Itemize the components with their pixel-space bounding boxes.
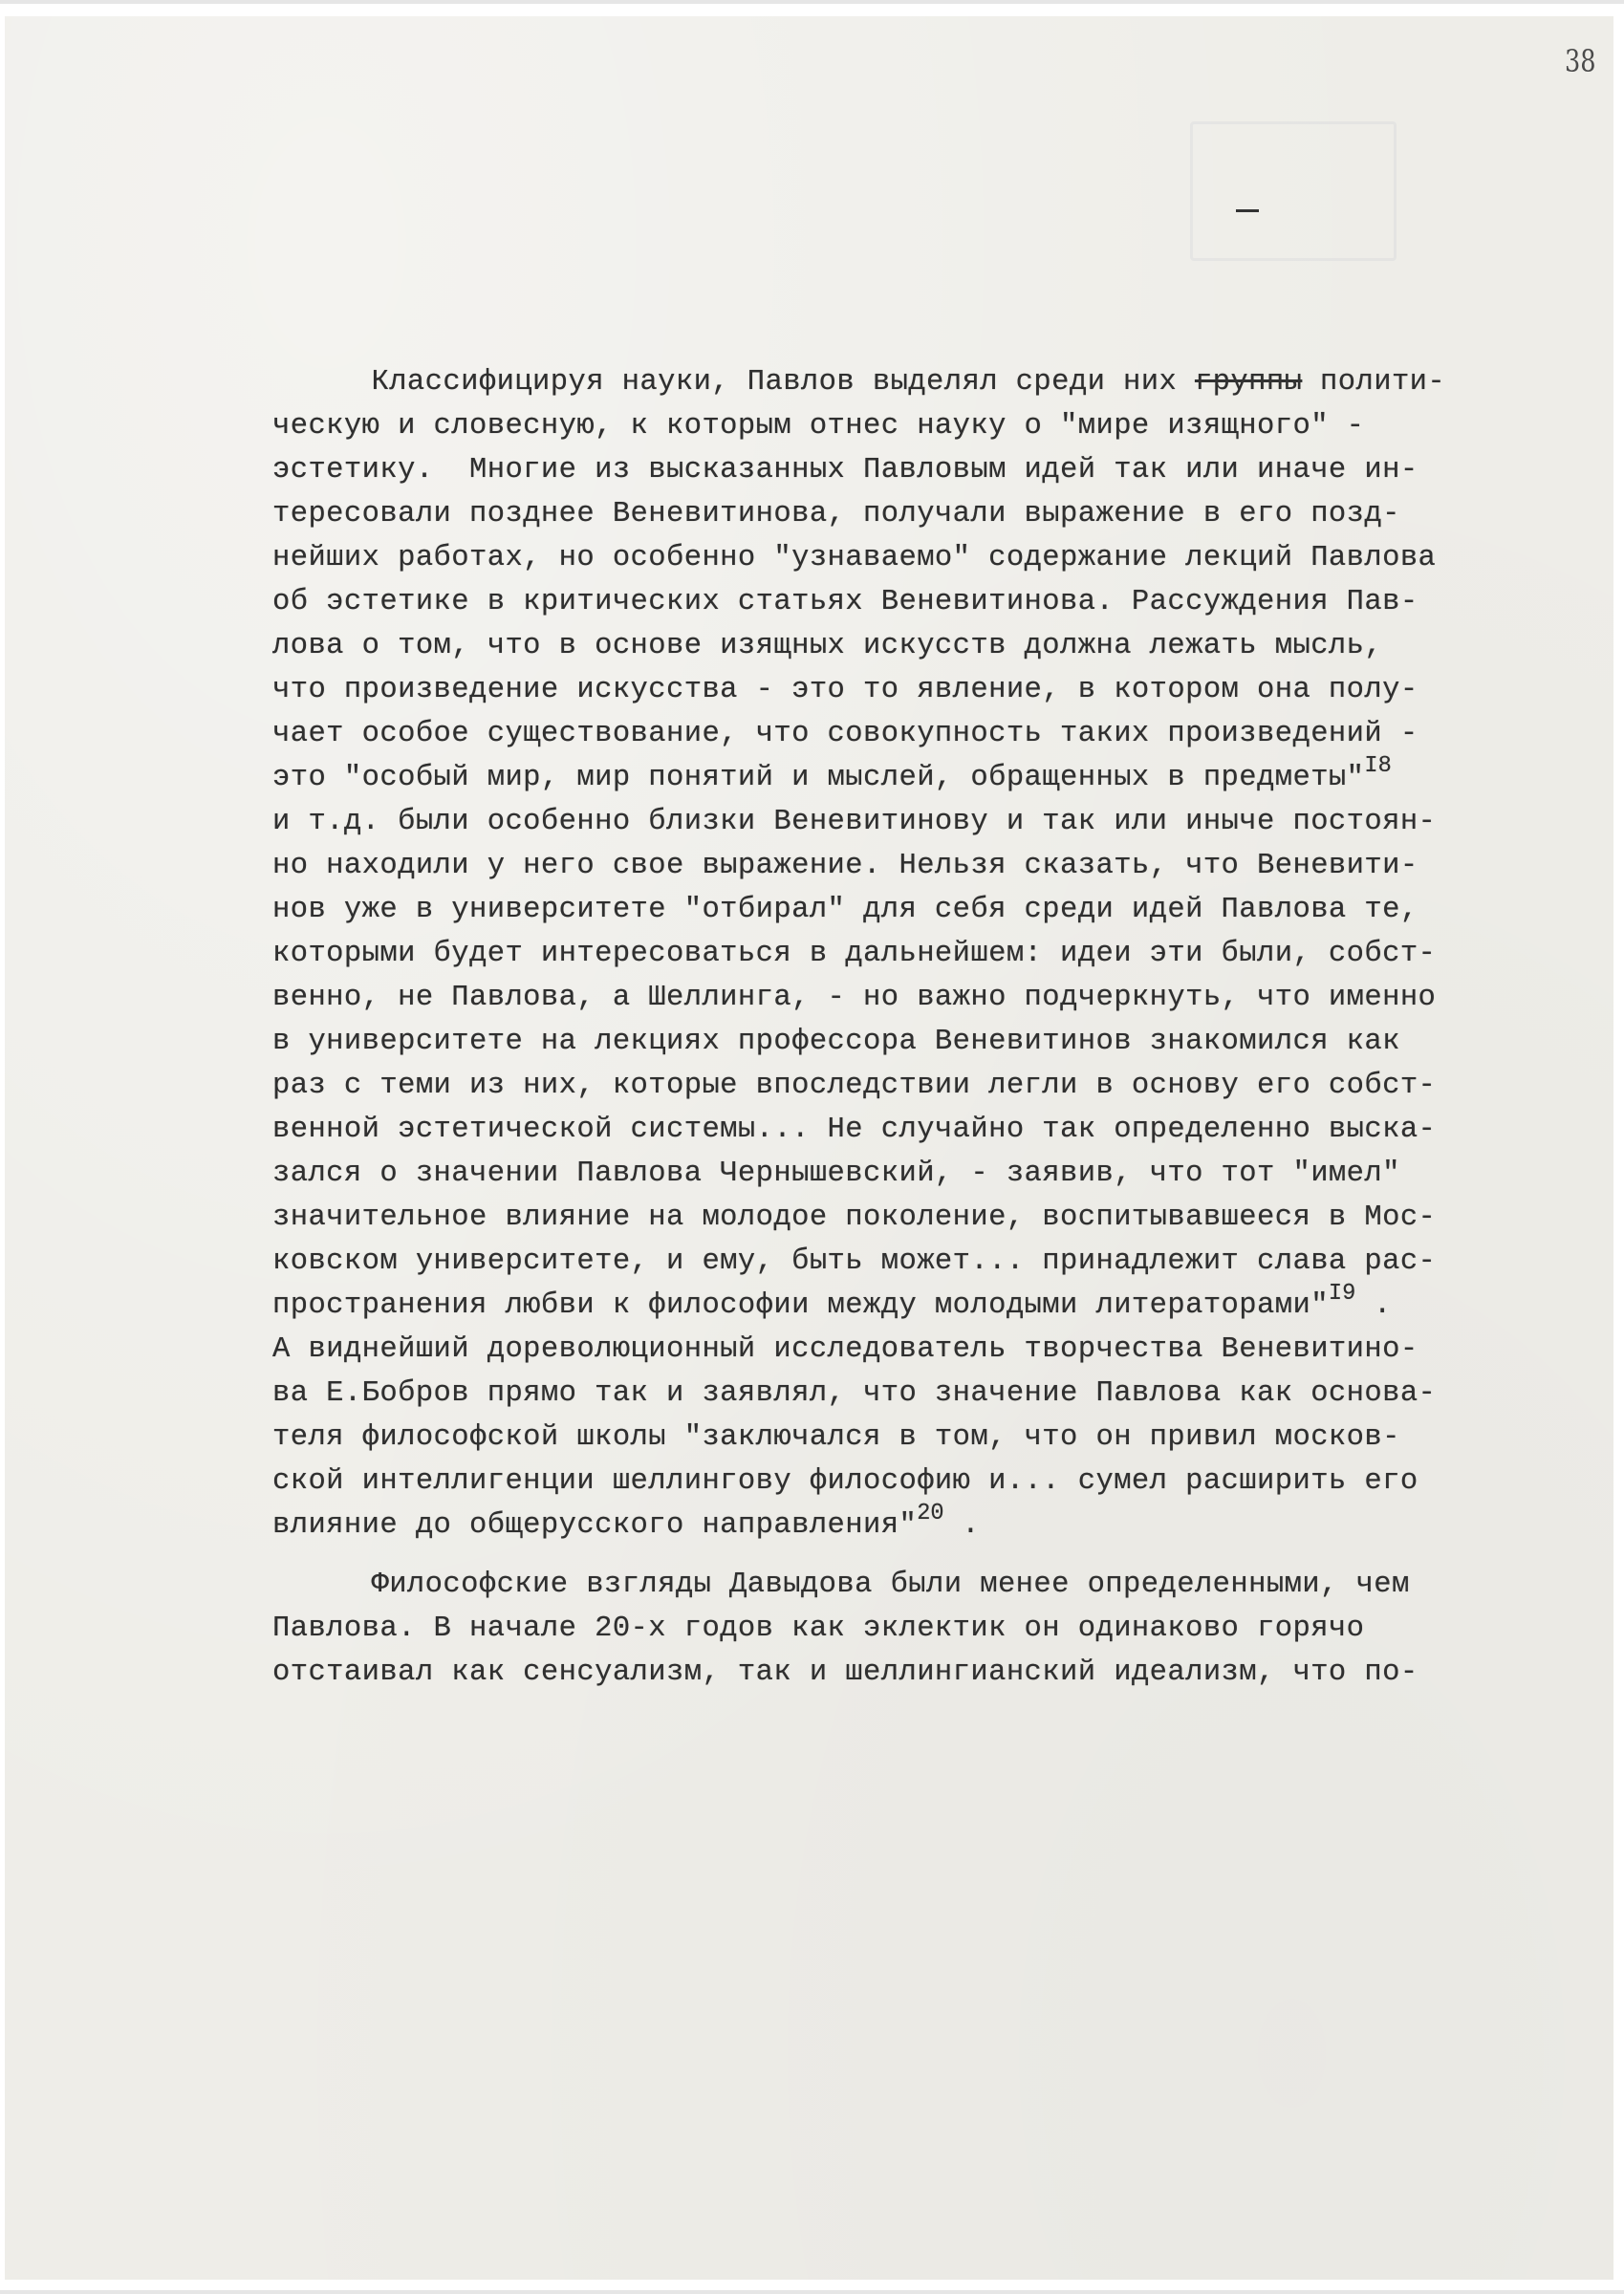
struck-out-word: группы [1195, 365, 1302, 399]
text-line: это "особый мир, мир понятий и мыслей, о… [272, 756, 1572, 800]
text-line: венной эстетической системы... Не случай… [272, 1108, 1572, 1152]
line-text: которыми будет интересоваться в дальнейш… [272, 937, 1436, 970]
line-text: чает особое существование, что совокупно… [272, 717, 1418, 750]
text-line: что произведение искусства - это то явле… [272, 668, 1572, 712]
text-line: влияние до общерусского направления"20 . [272, 1504, 1572, 1547]
text-line: Павлова. В начале 20-х годов как эклекти… [272, 1607, 1572, 1651]
line-text: тересовали позднее Веневитинова, получал… [272, 497, 1400, 530]
body-text: Классифицируя науки, Павлов выделял сред… [272, 228, 1592, 1695]
text-line: нейших работах, но особенно "узнаваемо" … [272, 536, 1572, 580]
footnote-reference: 20 [917, 1501, 943, 1526]
scan-border-top [0, 0, 1624, 4]
scan-border-bottom [0, 2290, 1624, 2294]
scan-frame: 38 Классифицируя науки, Павлов выделял с… [0, 0, 1624, 2294]
line-text: но находили у него свое выражение. Нельз… [272, 849, 1418, 882]
line-text: значительное влияние на молодое поколени… [272, 1201, 1436, 1234]
text-line: чает особое существование, что совокупно… [272, 712, 1572, 756]
text-line: зался о значении Павлова Чернышевский, -… [272, 1152, 1572, 1196]
handwritten-page-number: 38 [1565, 43, 1596, 79]
text-line: об эстетике в критических статьях Веневи… [272, 580, 1572, 624]
line-text: и т.д. были особенно близки Веневитинову… [272, 805, 1436, 838]
text-line: отстаивал как сенсуализм, так и шеллинги… [272, 1651, 1572, 1695]
text-line: венно, не Павлова, а Шеллинга, - но важн… [272, 976, 1572, 1020]
text-line: Философские взгляды Давыдова были менее … [272, 1563, 1572, 1607]
line-text: венно, не Павлова, а Шеллинга, - но важн… [272, 981, 1436, 1014]
text-line: Классифицируя науки, Павлов выделял сред… [272, 360, 1572, 404]
line-text: лова о том, что в основе изящных искусст… [272, 629, 1382, 662]
paragraph-gap [272, 1547, 1592, 1563]
line-text-tail: . [944, 1508, 980, 1542]
line-text: Павлова. В начале 20-х годов как эклекти… [272, 1612, 1364, 1645]
line-text: эстетику. Многие из высказанных Павловым… [272, 453, 1418, 487]
text-line: нов уже в университете "отбирал" для себ… [272, 888, 1572, 932]
line-text: теля философской школы "заключался в том… [272, 1420, 1400, 1454]
text-line: ковском университете, и ему, быть может.… [272, 1240, 1572, 1284]
line-text: А виднейший дореволюционный исследовател… [272, 1332, 1418, 1366]
line-text-tail: . [1355, 1288, 1391, 1322]
text-line: теля философской школы "заключался в том… [272, 1416, 1572, 1460]
line-text: ва Е.Бобров прямо так и заявлял, что зна… [272, 1376, 1436, 1410]
text-line: лова о том, что в основе изящных искусст… [272, 624, 1572, 668]
line-text: нейших работах, но особенно "узнаваемо" … [272, 541, 1436, 574]
footnote-reference: I9 [1329, 1281, 1355, 1307]
footnote-reference: I8 [1364, 753, 1391, 779]
line-text: нов уже в университете "отбирал" для себ… [272, 893, 1418, 926]
correction-mark [1236, 209, 1259, 212]
line-text: что произведение искусства - это то явле… [272, 673, 1418, 706]
text-line: пространения любви к философии между мол… [272, 1284, 1572, 1328]
line-text: ской интеллигенции шеллингову философию … [272, 1464, 1418, 1498]
text-line: которыми будет интересоваться в дальнейш… [272, 932, 1572, 976]
typewritten-page: 38 Классифицируя науки, Павлов выделял с… [5, 16, 1613, 2280]
line-text: в университете на лекциях профессора Вен… [272, 1025, 1400, 1058]
line-text: ческую и словесную, к которым отнес наук… [272, 409, 1364, 443]
text-line: в университете на лекциях профессора Вен… [272, 1020, 1572, 1064]
line-text: венной эстетической системы... Не случай… [272, 1113, 1436, 1146]
line-text: пространения любви к философии между мол… [272, 1288, 1329, 1322]
line-text: Философские взгляды Давыдова были менее … [371, 1568, 1409, 1601]
text-line: ческую и словесную, к которым отнес наук… [272, 404, 1572, 448]
text-line: раз с теми из них, которые впоследствии … [272, 1064, 1572, 1108]
text-line: эстетику. Многие из высказанных Павловым… [272, 448, 1572, 492]
line-text: раз с теми из них, которые впоследствии … [272, 1069, 1436, 1102]
text-line: значительное влияние на молодое поколени… [272, 1196, 1572, 1240]
text-line: и т.д. были особенно близки Веневитинову… [272, 800, 1572, 844]
text-line: А виднейший дореволюционный исследовател… [272, 1328, 1572, 1372]
line-text: об эстетике в критических статьях Веневи… [272, 585, 1418, 618]
text-line: но находили у него свое выражение. Нельз… [272, 844, 1572, 888]
line-text: Классифицируя науки, Павлов выделял сред… [371, 365, 1194, 399]
text-line: тересовали позднее Веневитинова, получал… [272, 492, 1572, 536]
text-line: ва Е.Бобров прямо так и заявлял, что зна… [272, 1372, 1572, 1416]
line-text: это "особый мир, мир понятий и мыслей, о… [272, 761, 1364, 794]
line-text-tail: полити- [1302, 365, 1445, 399]
line-text: влияние до общерусского направления" [272, 1508, 917, 1542]
text-line: ской интеллигенции шеллингову философию … [272, 1460, 1572, 1504]
line-text: зался о значении Павлова Чернышевский, -… [272, 1157, 1400, 1190]
line-text: ковском университете, и ему, быть может.… [272, 1244, 1436, 1278]
line-text: отстаивал как сенсуализм, так и шеллинги… [272, 1656, 1418, 1689]
